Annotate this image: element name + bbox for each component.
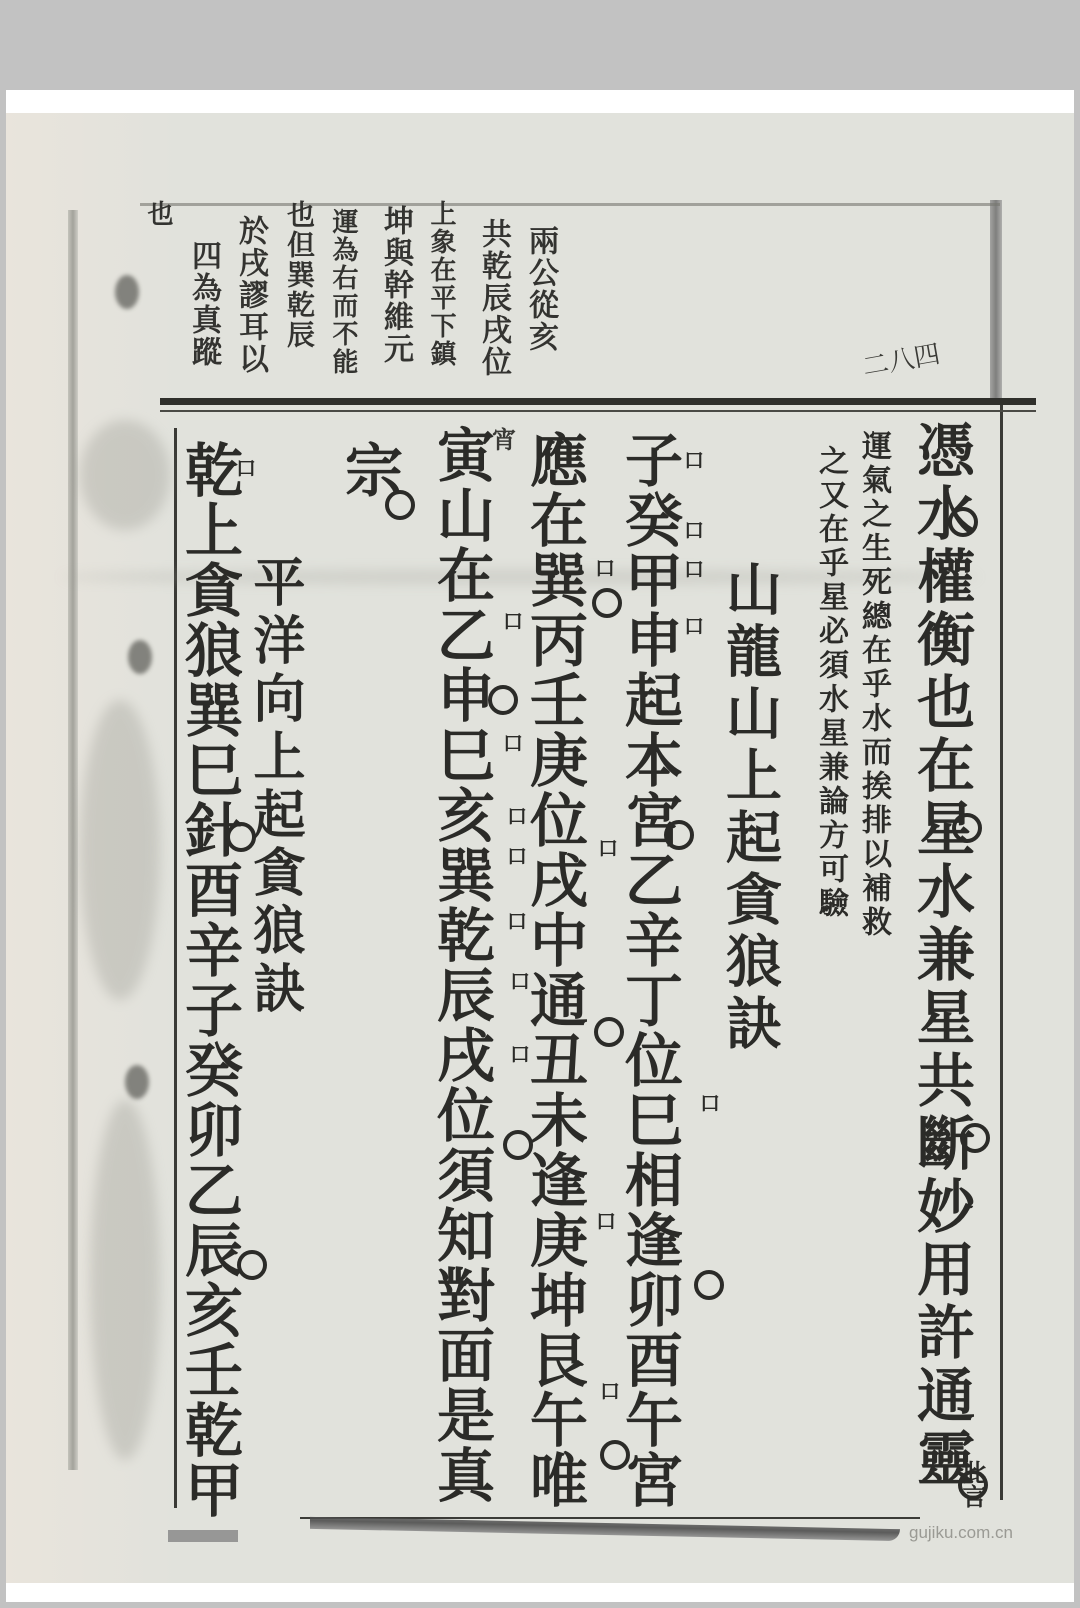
- punctuation-circle: [664, 820, 694, 850]
- margin-note: 四為真蹤: [188, 240, 218, 368]
- section-heading-pingyang: 平洋向上起貪狼訣: [248, 555, 300, 1019]
- tone-mark: 口: [503, 727, 523, 756]
- tone-mark: 口: [596, 1205, 616, 1234]
- tone-mark: 口: [236, 452, 256, 481]
- tone-mark: 口: [600, 1375, 620, 1404]
- text-column-6: 寅山在乙申巳亥巽乾辰戌位須知對面是真: [432, 425, 490, 1505]
- page-frame-left-outer: [68, 210, 78, 1470]
- text-column-5: 應在巽丙壬庚位戌中通丑未逢庚坤艮午唯: [525, 430, 583, 1510]
- ink-smudge: [80, 700, 160, 1000]
- punctuation-circle: [958, 1470, 988, 1500]
- page-frame-right-outer: [990, 200, 1002, 400]
- punctuation-circle: [594, 1017, 624, 1047]
- punctuation-circle: [237, 1250, 267, 1280]
- tone-mark: 口: [510, 965, 530, 994]
- ink-smudge: [80, 420, 170, 530]
- margin-note: 坤與幹維元: [380, 205, 410, 365]
- commentary-column-2: 之又在乎星必須水星兼論方可驗: [815, 445, 845, 921]
- punctuation-circle: [385, 490, 415, 520]
- section-heading-shanlong: 山龍山上起貪狼訣: [722, 560, 778, 1056]
- text-column-9: 乾上貪狼巽巳針酉辛子癸卯乙辰亥壬乾甲: [180, 440, 238, 1520]
- watermark: gujiku.com.cn: [909, 1523, 1013, 1543]
- tone-mark: 口: [503, 605, 523, 634]
- margin-note: 也: [145, 200, 171, 228]
- text-column-1: 憑水權衡也在星水兼星共斷妙用許通靈: [912, 420, 970, 1491]
- margin-note: 上象在平下鎮: [428, 200, 454, 368]
- ink-smudge: [90, 1100, 160, 1460]
- commentary-column-1: 運氣之生死總在乎水而挨排以補救: [858, 430, 888, 940]
- page-frame-divider: [160, 398, 1036, 405]
- text-column-4: 子癸甲申起本宮乙辛丁位巳相逢卯酉午宮: [620, 430, 678, 1510]
- punctuation-circle: [488, 685, 518, 715]
- punctuation-circle: [952, 813, 982, 843]
- margin-note: 運為右而不能: [330, 208, 356, 376]
- tone-mark: 口: [595, 552, 615, 581]
- margin-note: 兩公從亥: [525, 225, 555, 353]
- binding-hole: [128, 640, 152, 674]
- binding-hole: [115, 275, 139, 309]
- punctuation-circle: [592, 588, 622, 618]
- page-frame-top: [140, 203, 1000, 206]
- punctuation-circle: [948, 507, 978, 537]
- punctuation-circle: [226, 822, 256, 852]
- side-note: 宵: [492, 420, 516, 455]
- page-frame-divider-thin: [160, 410, 1036, 412]
- tone-mark: 口: [684, 514, 704, 543]
- margin-note: 也但巽乾辰: [285, 200, 313, 350]
- tone-mark: 口: [510, 1038, 530, 1067]
- tone-mark: 口: [507, 840, 527, 869]
- binding-hole: [125, 1065, 149, 1099]
- text-column-7: 宗: [340, 440, 398, 501]
- punctuation-circle: [960, 1123, 990, 1153]
- punctuation-circle: [503, 1130, 533, 1160]
- tone-mark: 口: [507, 800, 527, 829]
- margin-note: 於戌謬耳以: [235, 215, 265, 375]
- tone-mark: 口: [684, 444, 704, 473]
- tone-mark: 口: [684, 553, 704, 582]
- tone-mark: 口: [684, 610, 704, 639]
- punctuation-circle: [694, 1270, 724, 1300]
- page-frame-bottom-left: [168, 1530, 238, 1542]
- tone-mark: 口: [507, 905, 527, 934]
- margin-note: 共乾辰戌位: [478, 218, 508, 378]
- punctuation-circle: [600, 1440, 630, 1470]
- tone-mark: 口: [700, 1087, 720, 1116]
- tone-mark: 口: [598, 832, 618, 861]
- page-frame-right: [1000, 400, 1003, 1500]
